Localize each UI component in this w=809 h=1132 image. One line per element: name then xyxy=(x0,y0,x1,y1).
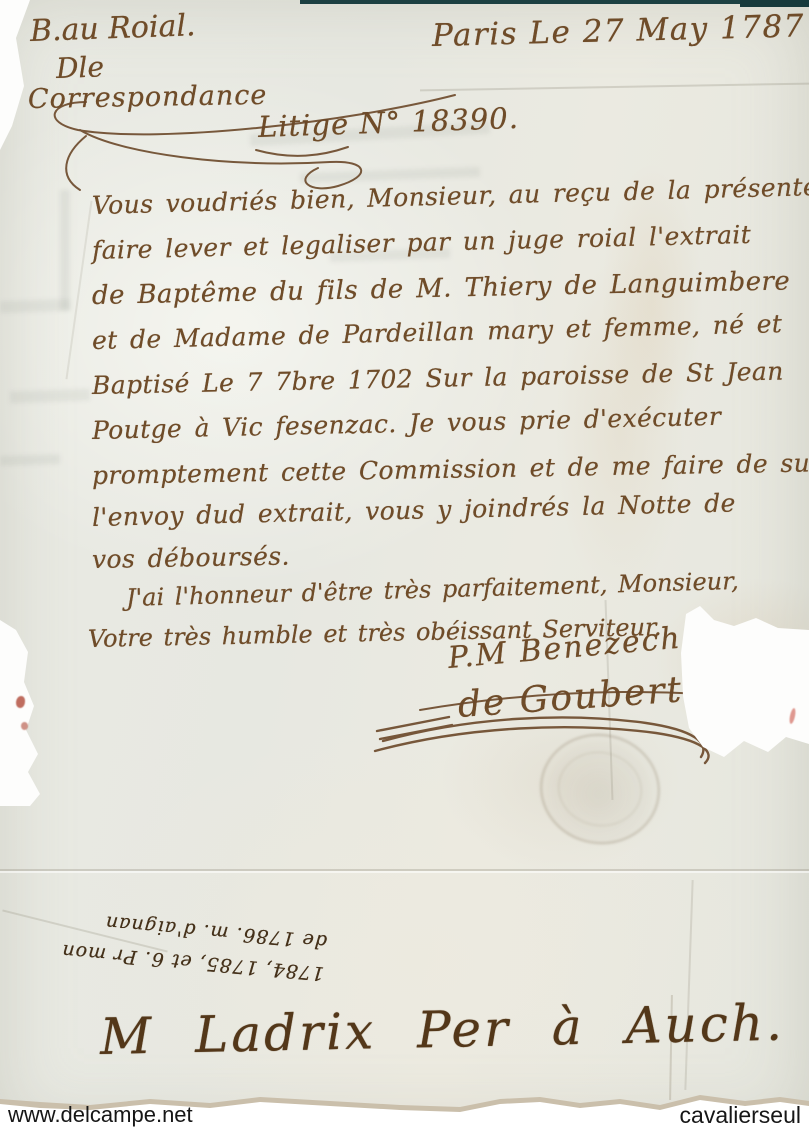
scan-watermark-right: cavalierseul xyxy=(680,1102,801,1129)
origin-note-line-3: Correspondance xyxy=(28,80,268,115)
scanner-edge-strip-dark xyxy=(740,0,809,7)
letter-scan: B.au Roial. Dle Correspondance Paris Le … xyxy=(0,0,809,1132)
scan-watermark-left: www.delcampe.net xyxy=(8,1102,193,1128)
origin-note-line-2: Dle xyxy=(55,50,104,85)
origin-note-line-1: B.au Roial. xyxy=(29,8,196,49)
wax-seal-remnant xyxy=(21,722,28,730)
body-line: vos déboursés. xyxy=(92,542,290,574)
scanner-edge-strip xyxy=(300,0,809,4)
